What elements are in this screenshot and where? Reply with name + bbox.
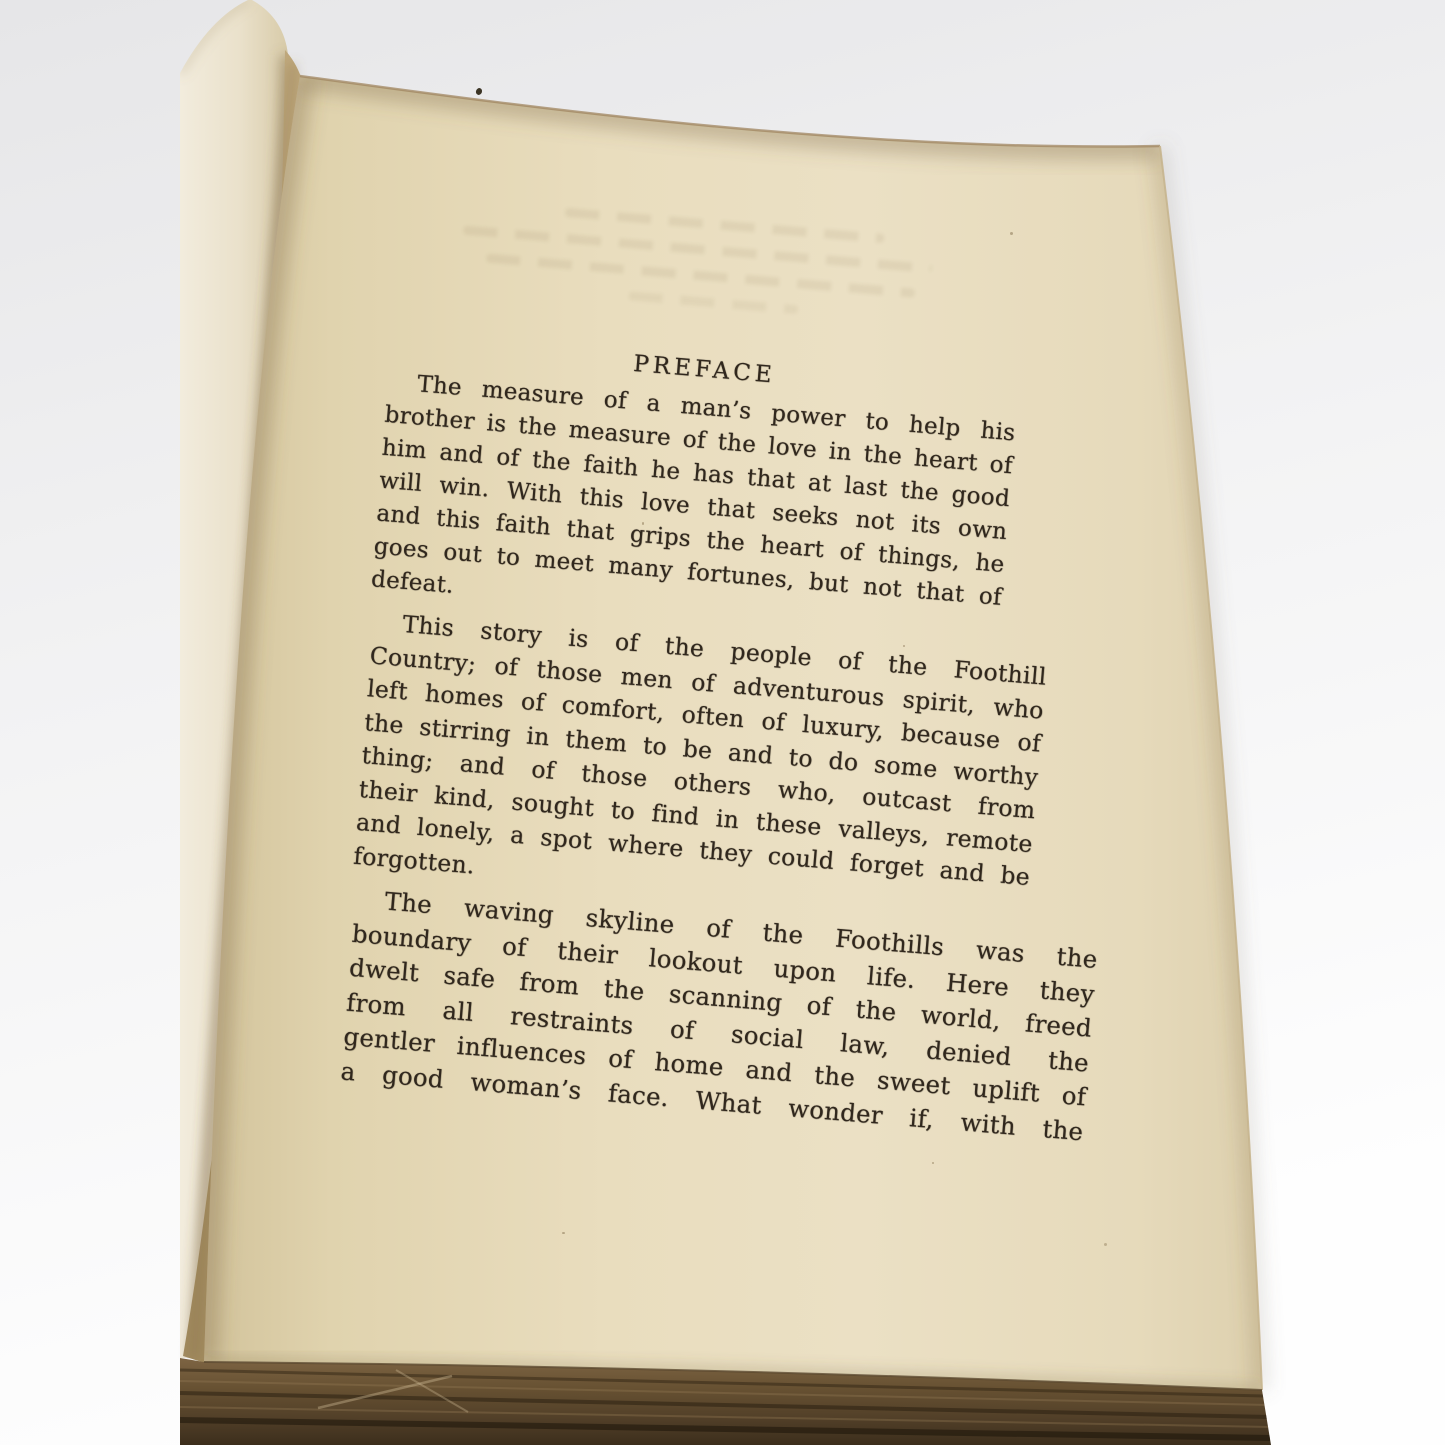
paper-fleck [642,522,644,525]
paper-fleck [932,1162,934,1164]
ghost-line [628,291,798,314]
paper-fleck [1104,1243,1107,1246]
book-photo: PREFACE The measure of a man’s power to … [0,0,1445,1445]
page-text: PREFACE The measure of a man’s power to … [329,326,1149,1150]
paper-fleck [1010,232,1013,235]
paragraph-1: The measure of a man’s power to help his… [370,366,1017,648]
paper-fleck [903,645,905,647]
paper-fleck [562,1232,565,1234]
paragraph-2: This story is of the people of the Footh… [352,605,1048,927]
